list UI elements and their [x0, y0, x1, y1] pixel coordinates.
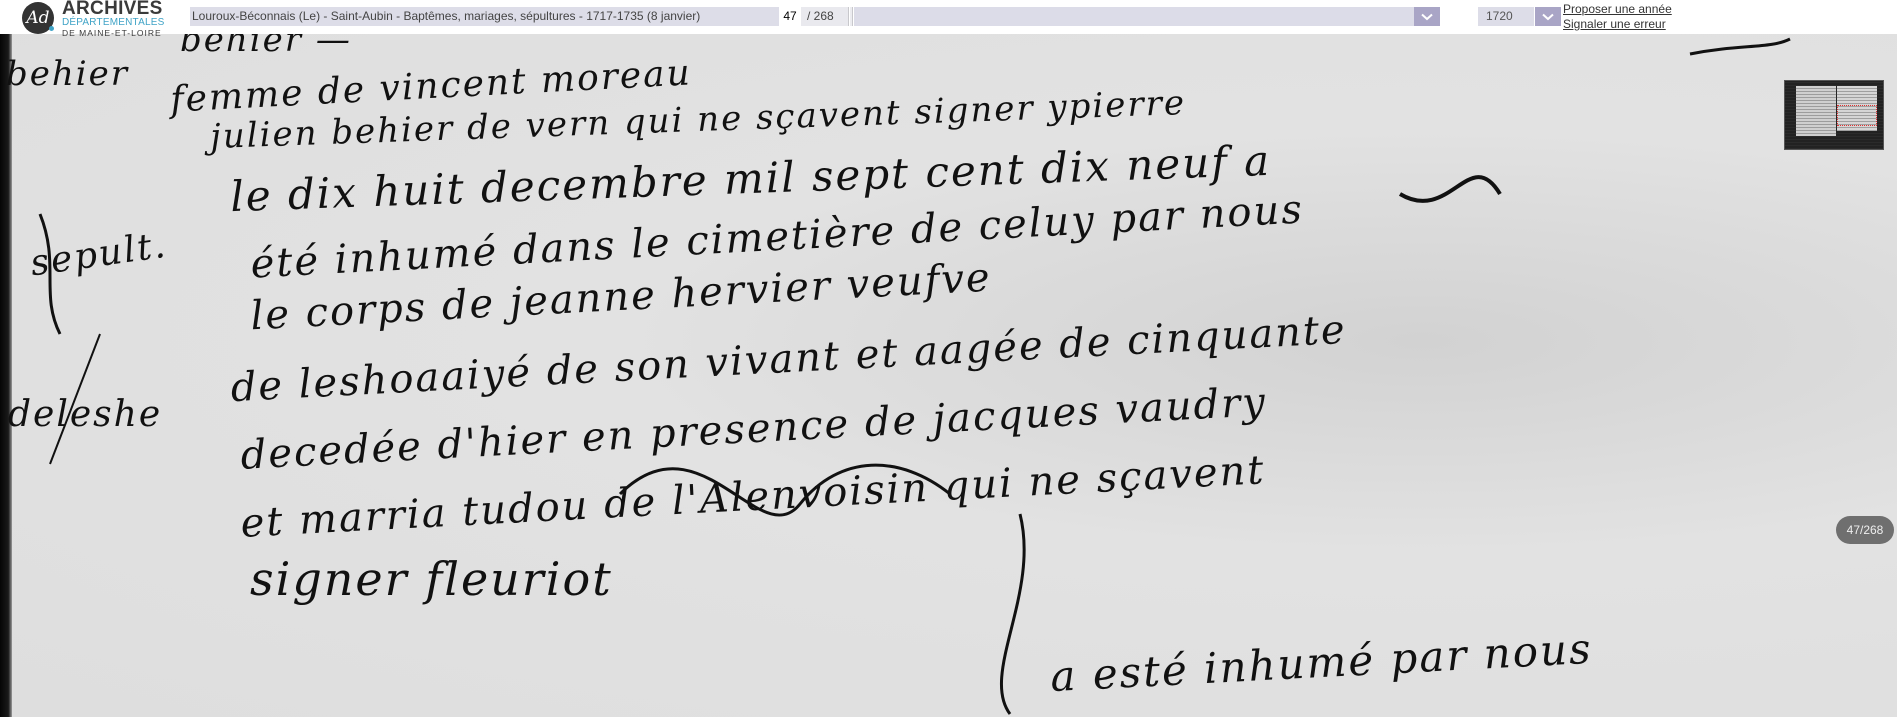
logo-dot	[49, 26, 54, 31]
logo-line-region: DE MAINE-ET-LOIRE	[62, 29, 164, 38]
year-select-dropdown-button[interactable]	[1535, 7, 1561, 26]
archives-logo[interactable]: Ad ARCHIVES DÉPARTEMENTALES DE MAINE-ET-…	[22, 2, 164, 34]
thumbnail-viewport-indicator[interactable]	[1837, 105, 1877, 126]
ink-flourishes	[0, 34, 1897, 717]
manuscript-image-viewer[interactable]: behier sepult. deleshe behier — femme de…	[0, 34, 1897, 717]
header-links: Proposer une année Signaler une erreur	[1563, 2, 1672, 32]
page-number-input[interactable]	[779, 7, 801, 26]
logo-line-departementales: DÉPARTEMENTALES	[62, 18, 164, 28]
view-select-dropdown[interactable]	[854, 7, 1414, 26]
logo-monogram-icon: Ad	[22, 2, 54, 34]
propose-year-link[interactable]: Proposer une année	[1563, 2, 1672, 17]
navigator-thumbnail[interactable]	[1784, 80, 1884, 150]
view-select-dropdown-button[interactable]	[1414, 7, 1440, 26]
report-error-link[interactable]: Signaler une erreur	[1563, 17, 1672, 32]
register-title: Louroux-Béconnais (Le) - Saint-Aubin - B…	[190, 7, 780, 26]
page-total: / 268	[801, 7, 849, 26]
logo-line-archives: ARCHIVES	[62, 0, 164, 18]
logo-text: ARCHIVES DÉPARTEMENTALES DE MAINE-ET-LOI…	[62, 0, 164, 37]
year-select[interactable]: 1720	[1478, 7, 1534, 26]
chevron-down-icon	[1542, 13, 1554, 21]
top-toolbar: Ad ARCHIVES DÉPARTEMENTALES DE MAINE-ET-…	[0, 0, 1897, 34]
page-counter-badge: 47/268	[1836, 516, 1894, 544]
chevron-down-icon	[1421, 13, 1433, 21]
divider	[850, 7, 853, 26]
